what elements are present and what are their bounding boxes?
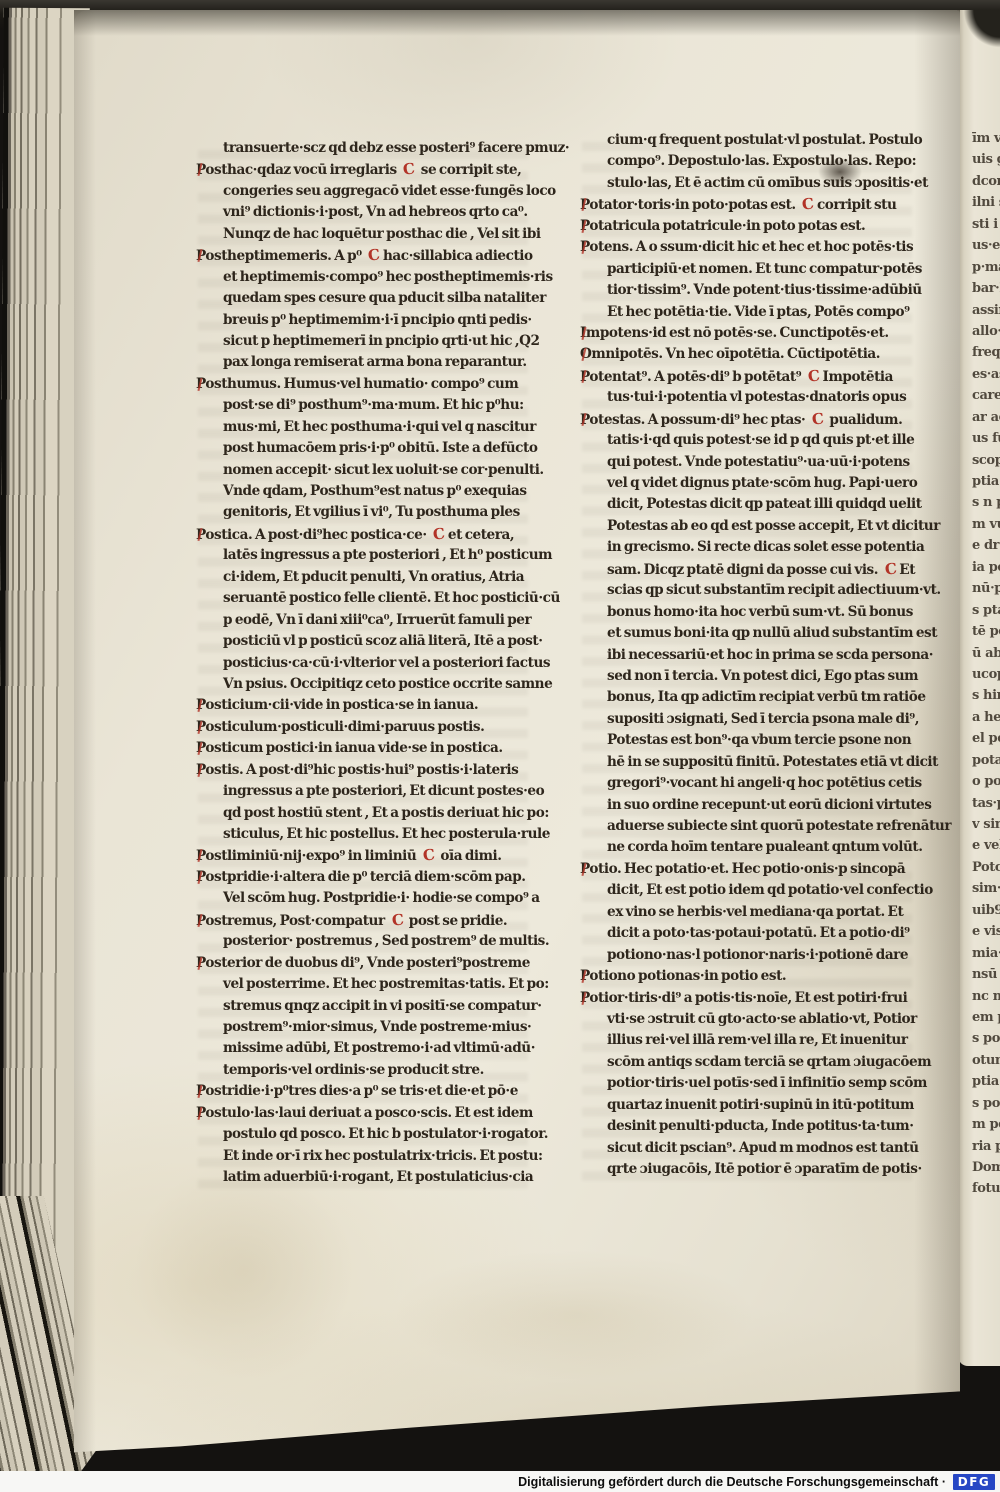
text-line: qd post hostiū stent , Et a postis deriu… (196, 803, 536, 824)
text-line: mus·mi, Et hec posthuma·i·qui vel q nasc… (196, 417, 536, 438)
text-line: scias qp sicut substantīm recipit adiect… (580, 580, 920, 601)
text-line: temporis·vel ordinis·se producit stre. (196, 1060, 536, 1081)
text-line: postrem⁹·mior·simus, Vnde postreme·mius· (196, 1017, 536, 1038)
text-line: seruantē postico felle clientē. Et hoc p… (196, 588, 536, 609)
text-line: et heptimemis·compo⁹ hec postheptimemis·… (196, 267, 536, 288)
rubric-capitulum-mark: C (432, 523, 446, 545)
text-line: nomen accepit· sicut lex uoluit·se cor·p… (196, 460, 536, 481)
text-line: stremus qnqz accipit in vi positī·se com… (196, 996, 536, 1017)
page-fragment-line: o pot (972, 771, 1000, 792)
text-line: gregori⁹·vocant hi angeli·q hoc potētius… (580, 773, 920, 794)
page-fragment-line: e visit (972, 921, 1000, 942)
page-fragment-line: s n pote (972, 492, 1000, 513)
text-line: dicit a poto·tas·potaui·potatū. Et a pot… (580, 923, 920, 944)
page-fragment-line: scopanu (972, 450, 1000, 471)
text-line: vel posterrime. Et hec postremitas·tatis… (196, 974, 536, 995)
page-fragment-line: nū·pote (972, 578, 1000, 599)
text-line: Postis. A post·di⁹hic postis·hui⁹ postis… (196, 760, 536, 781)
text-line: Et inde or·ī rix hec postulatrix·tricis.… (196, 1146, 536, 1167)
page-fragment-line: ar aceto (972, 407, 1000, 428)
footer-credit-text: Digitalisierung gefördert durch die Deut… (518, 1475, 946, 1489)
page-fragment-line: uib9 (972, 900, 1000, 921)
text-line: Postridie·i·p⁰tres dies·a p⁰ se tris·et … (196, 1081, 536, 1102)
page-fragment-line: ria pot (972, 1136, 1000, 1157)
text-line: pax longa remiserat arma bona reparantur… (196, 352, 536, 373)
text-line: hē in se suppositū finitū. Potestates et… (580, 752, 920, 773)
page-fragment-line: ptia ab (972, 471, 1000, 492)
text-line: ci·idem, Et pducit penulti, Vn oratius, … (196, 567, 536, 588)
page-fragment-line: ilni scz v (972, 192, 1000, 213)
text-line: Vn psius. Occipitiqz ceto postice occrit… (196, 674, 536, 695)
text-line: et sumus boni·ita qp nullū aliud substan… (580, 623, 920, 644)
page-fragment-line: e dr pot (972, 535, 1000, 556)
text-line: post humacōem pris·i·p⁰ obitū. Iste a de… (196, 438, 536, 459)
page-fragment-line: īm vodz (972, 128, 1000, 149)
text-line: compo⁹. Depostulo·las. Expostulo·las. Re… (580, 151, 920, 172)
page-fragment-line: nc mia (972, 986, 1000, 1007)
text-line: Nunqz de hac loquētur posthac die , Vel … (196, 224, 536, 245)
text-line: ingressus a pte posteriori, Et dicunt po… (196, 781, 536, 802)
text-line: Potatricula potatricule·in poto potas es… (580, 216, 920, 237)
page-fragment-line: us·essm (972, 235, 1000, 256)
rubric-capitulum-mark: C (367, 245, 381, 267)
text-line: stulo·las, Et ē actim cū omībus suis ɔpo… (580, 173, 920, 194)
next-page-top-shadow (958, 10, 1000, 62)
page-fragment-line: es·as·po (972, 364, 1000, 385)
text-line: ibi necessariū·et hoc in prima se scda p… (580, 645, 920, 666)
text-line: Posticulum·posticuli·dimi·paruus postis. (196, 717, 536, 738)
text-line: dicit, Et est potio idem qd potatio·vel … (580, 880, 920, 901)
text-line: Et hec potētia·tie. Vide ī ptas, Potēs c… (580, 302, 920, 323)
rubric-capitulum-mark: C (884, 558, 898, 580)
text-line: p eodē, Vn ī dani xiii⁰ca⁰, Irruerūt fam… (196, 610, 536, 631)
page-fragment-line: s hinc p (972, 685, 1000, 706)
page-fragment-line: a hec po (972, 707, 1000, 728)
text-line: Vel scōm hug. Postpridie·i· hodie·se com… (196, 888, 536, 909)
text-line: transuerte·scz qd debz esse posteri⁹ fac… (196, 138, 536, 159)
page-fragment-line: Potc (972, 857, 1000, 878)
text-line: Potestas ab eo qd est posse accepit, Et … (580, 516, 920, 537)
text-line: ex vino se herbis·vel mediana·qa portat.… (580, 902, 920, 923)
text-line: Potestas est bon⁹·qa vbum tercie psone n… (580, 730, 920, 751)
page-fragment-line: s pomi (972, 1028, 1000, 1049)
text-line: cium·q frequent postulat·vl postulat. Po… (580, 130, 920, 151)
page-fragment-line: tē potui (972, 621, 1000, 642)
next-page-cutoff-text: īm vodzuis gnis ddcomparilni scz vsti i … (972, 128, 1000, 1208)
text-line: posterior· postremus , Sed postrem⁹ de m… (196, 931, 536, 952)
page-fragment-line: nsū n g (972, 964, 1000, 985)
text-line: Potentat⁹. A potēs·di⁹ b potētat⁹ CImpot… (580, 366, 920, 387)
text-line: Posterior de duobus di⁹, Vnde posteri⁹po… (196, 953, 536, 974)
text-line: congeries seu aggregacō videt esse·fungē… (196, 181, 536, 202)
text-line: posticius·ca·cū·i·vlterior vel a posteri… (196, 653, 536, 674)
text-line: breuis p⁰ heptimemim·i·ī pncipio qnti pe… (196, 310, 536, 331)
page-fragment-line: ū ab (972, 643, 1000, 664)
text-line: Omnipotēs. Vn hec oīpotētia. Cūctipotēti… (580, 344, 920, 365)
text-line: sed non ī tercia. Vn potest dici, Ego pt… (580, 666, 920, 687)
page-fragment-line: allo·A p (972, 321, 1000, 342)
dfg-logo: DFG (953, 1474, 995, 1490)
text-line: Posticium·cii·vide in postica·se in ianu… (196, 695, 536, 716)
rubric-capitulum-mark: C (390, 909, 404, 931)
page-fragment-line: tas·pot (972, 793, 1000, 814)
text-line: Posticum postici·in ianua vide·se in pos… (196, 738, 536, 759)
page-top-shadow (74, 10, 960, 36)
text-line: ne corda hoīm tentare pualeant qntum vol… (580, 837, 920, 858)
page-fragment-line: uis gnis d (972, 149, 1000, 170)
text-line: Potator·toris·in poto·potas est. Ccorrip… (580, 194, 920, 215)
text-line: Postulo·las·laui deriuat a posco·scis. E… (196, 1103, 536, 1124)
text-line: Vnde qdam, Posthum⁹est natus p⁰ exequias (196, 481, 536, 502)
text-line: supositi ɔsignati, Sed ī tercia psona ma… (580, 709, 920, 730)
page-left-shadow (74, 10, 96, 1458)
rubric-capitulum-mark: C (807, 365, 821, 387)
text-line: tus·tui·i·potentia vl potestas·dnatoris … (580, 387, 920, 408)
text-line: Postica. A post·di⁹hec postica·ce· Cet c… (196, 524, 536, 545)
text-line: sicut dicit pscian⁹. Apud m modnos est t… (580, 1138, 920, 1159)
text-line: vti·se ɔstruit cū gto·acto·se ablatio·vt… (580, 1009, 920, 1030)
rubric-capitulum-mark: C (422, 845, 436, 867)
text-line: Potens. A o ssum·dicit hic et hec et hoc… (580, 237, 920, 258)
rubric-capitulum-mark: C (811, 408, 825, 430)
text-line: latēs ingressus a pte posteriori , Et h⁰… (196, 545, 536, 566)
page-fragment-line: ptia ab (972, 1071, 1000, 1092)
text-line: potiono·nas·l potionor·naris·i·potionē d… (580, 945, 920, 966)
text-line: qrte ɔiugacōis, Itē potior ē ɔparatīm de… (580, 1159, 920, 1180)
text-line: participiū·et nomen. Et tunc compatur·po… (580, 259, 920, 280)
page-fragment-line: ia potes (972, 557, 1000, 578)
page-fragment-line: assim⁹·P (972, 300, 1000, 321)
text-line: quartaz inuenit potiri·supinū in itū·pot… (580, 1095, 920, 1116)
text-line: dicit, Potestas dicit qp pateat illi qui… (580, 494, 920, 515)
rubric-capitulum-mark: C (801, 194, 815, 216)
page-fragment-line: frequeni (972, 342, 1000, 363)
text-column-left: transuerte·scz qd debz esse posteri⁹ fac… (196, 138, 536, 1188)
text-line: Potestas. A possum·di⁹ hec ptas· C puali… (580, 409, 920, 430)
parchment-stain (134, 1160, 354, 1380)
text-line: post·se di⁹ posthum⁹·ma·mum. Et hic p⁰hu… (196, 395, 536, 416)
parchment-stain (394, 1250, 754, 1380)
text-line: illius rei·vel illā rem·vel illa re, Et … (580, 1030, 920, 1051)
page-fragment-line: sti i possi (972, 214, 1000, 235)
page-fragment-line: em pot (972, 1007, 1000, 1028)
text-line: postulo qd posco. Et hic b postulator·i·… (196, 1124, 536, 1145)
text-line: in grecismo. Si recte dicas solet esse p… (580, 537, 920, 558)
text-line: Potiono potionas·in potio est. (580, 966, 920, 987)
page-fragment-line: sim·se (972, 878, 1000, 899)
text-line: Postremus, Post·compatur C post se pridi… (196, 910, 536, 931)
page-fragment-line: el potr (972, 728, 1000, 749)
text-line: Postheptimemeris. A p⁰ Chac·sillabica ad… (196, 245, 536, 266)
page-fragment-line: m vult i (972, 514, 1000, 535)
page-fragment-line: s ptati (972, 600, 1000, 621)
text-line: vel q videt dignus ptate·scōm hug. Papi·… (580, 473, 920, 494)
page-fragment-line: care 4·p (972, 385, 1000, 406)
text-line: latim aduerbiū·i·rogant, Et postulaticiu… (196, 1167, 536, 1188)
text-line: sticulus, Et hic postellus. Et hec poste… (196, 824, 536, 845)
text-line: vni⁹ dictionis·i·post, Vn ad hebreos qrt… (196, 202, 536, 223)
text-line: Postliminiū·nij·expo⁹ in liminiū C oīa d… (196, 845, 536, 866)
text-line: scōm antiqs scdam terciā se qrtam ɔiugac… (580, 1052, 920, 1073)
page-fragment-line: mia·mi (972, 943, 1000, 964)
page-fragment-line: s potio (972, 1093, 1000, 1114)
text-line: tatis·i·qd quis potest·se id p qd quis p… (580, 430, 920, 451)
text-line: bonus homo·ita hoc verbū sum·vt. Sū bonu… (580, 602, 920, 623)
text-line: sam. Dicqz ptatē digni da posse cui vis.… (580, 559, 920, 580)
text-line: genitoris, Et vgilius ī vi⁰, Tu posthuma… (196, 502, 536, 523)
page-fragment-line: Dom po (972, 1157, 1000, 1178)
text-line: Posthac·qdaz vocū irreglaris C se corrip… (196, 159, 536, 180)
page-fragment-line: e vel (972, 835, 1000, 856)
page-fragment-line: ucopam (972, 664, 1000, 685)
page-fragment-line: potanu (972, 750, 1000, 771)
footer-credit-bar: Digitalisierung gefördert durch die Deut… (0, 1471, 1000, 1492)
text-line: qui potest. Vnde potestatiu⁹·ua·uū·i·pot… (580, 452, 920, 473)
text-line: sicut p heptimemerī in pncipio qrti·ut h… (196, 331, 536, 352)
rubric-capitulum-mark: C (402, 159, 416, 181)
page-fragment-line: bar·Doni (972, 278, 1000, 299)
text-line: Potior·tiris·di⁹ a potis·tis·noīe, Et es… (580, 988, 920, 1009)
page-fragment-line: otunne i ā (972, 1050, 1000, 1071)
text-line: bonus, Ita qp adictīm recipiat verbū tm … (580, 687, 920, 708)
text-line: in suo ordine recepunt·ut eorū dicioni v… (580, 795, 920, 816)
text-column-right: cium·q frequent postulat·vl postulat. Po… (580, 130, 920, 1180)
page-gutter-shadow (914, 10, 960, 1458)
text-line: Impotens·id est nō potēs·se. Cunctipotēs… (580, 323, 920, 344)
text-line: tior·tissim⁹. Vnde potent·tius·tissime·a… (580, 280, 920, 301)
page-fragment-line: m pota (972, 1114, 1000, 1135)
text-line: potior·tiris·uel potīs·sed ī infinitīo s… (580, 1073, 920, 1094)
text-line: Postpridie·i·altera die p⁰ terciā diem·s… (196, 867, 536, 888)
text-line: Posthumus. Humus·vel humatio· compo⁹ cum (196, 374, 536, 395)
page-fragment-line: v simu (972, 814, 1000, 835)
text-line: missime adūbi, Et postremo·i·ad vltimū·a… (196, 1038, 536, 1059)
page-fragment-line: dcompar (972, 171, 1000, 192)
text-line: aduerse subiecte sint quorū potestate re… (580, 816, 920, 837)
page-fragment-line: p·mayam (972, 257, 1000, 278)
text-line: desinit penulti·pducta, Inde potitus·ta·… (580, 1116, 920, 1137)
page-fragment-line: fotuime i ī (972, 1178, 1000, 1199)
manuscript-page: transuerte·scz qd debz esse posteri⁹ fac… (74, 10, 960, 1458)
text-line: Potio. Hec potatio·et. Hec potio·onis·p … (580, 859, 920, 880)
text-line: posticiū vl p posticū scoz aliā literā, … (196, 631, 536, 652)
text-line: quedam spes cesure qua pducit silba nata… (196, 288, 536, 309)
page-fragment-line: us funco (972, 428, 1000, 449)
